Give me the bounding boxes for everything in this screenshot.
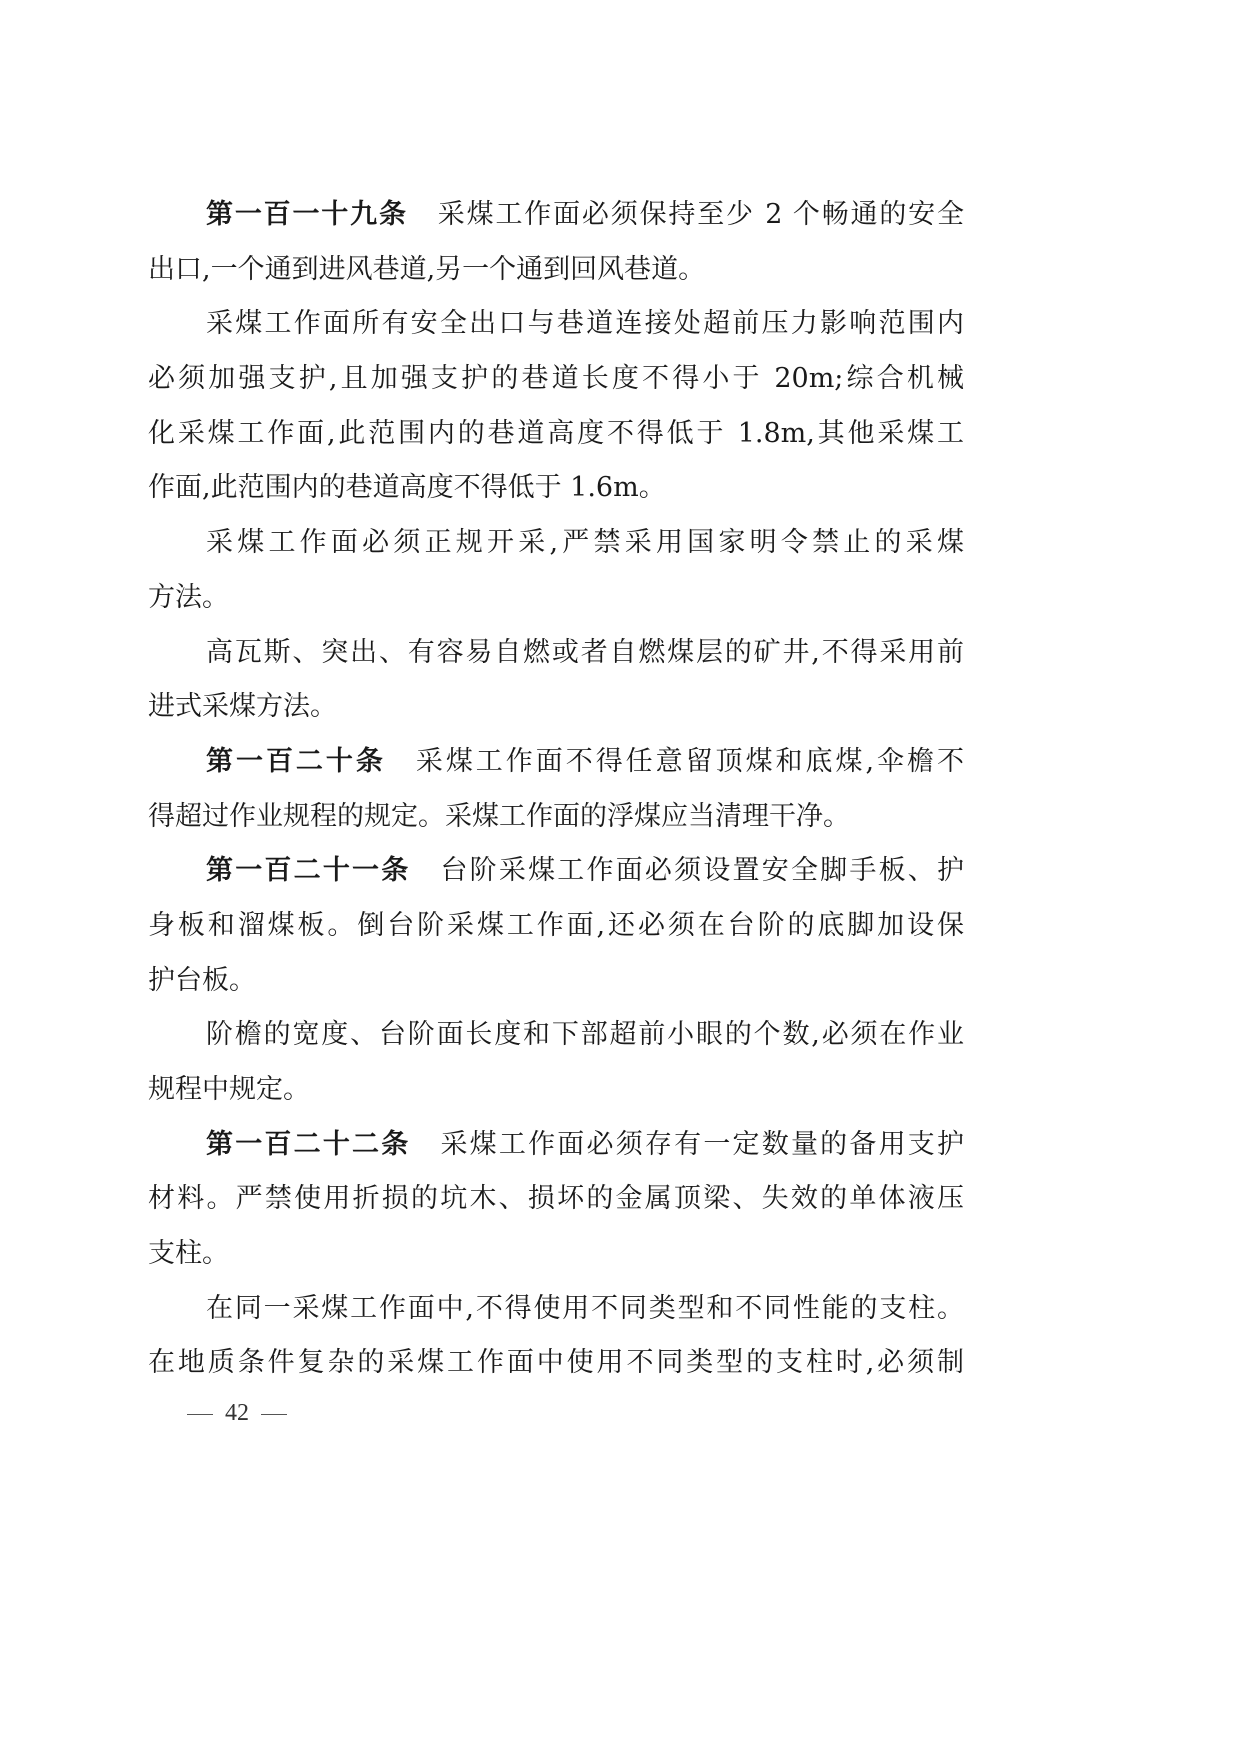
paragraph-line: 方法。 <box>148 571 964 626</box>
text: 采煤工作面不得任意留顶煤和底煤,伞檐不 <box>416 746 964 777</box>
text: 采煤工作面必须保持至少 2 个畅通的安全 <box>438 199 964 230</box>
article-119-line-2: 出口,一个通到进风巷道,另一个通到回风巷道。 <box>148 243 964 298</box>
article-121-line-2: 身板和溜煤板。倒台阶采煤工作面,还必须在台阶的底脚加设保 <box>148 899 964 954</box>
article-122-line-2: 材料。严禁使用折损的坑木、损坏的金属顶梁、失效的单体液压 <box>148 1172 964 1227</box>
dash-left <box>187 1414 213 1415</box>
article-number: 第一百一十九条 <box>206 199 408 230</box>
paragraph-line: 化采煤工作面,此范围内的巷道高度不得低于 1.8m,其他采煤工 <box>148 407 964 462</box>
paragraph-line: 规程中规定。 <box>148 1063 964 1118</box>
page-number: 42 <box>175 1396 299 1430</box>
article-120-line-1: 第一百二十条采煤工作面不得任意留顶煤和底煤,伞檐不 <box>148 735 964 790</box>
text: 台阶采煤工作面必须设置安全脚手板、护 <box>440 855 964 886</box>
article-122-line-3: 支柱。 <box>148 1227 964 1282</box>
paragraph-line: 阶檐的宽度、台阶面长度和下部超前小眼的个数,必须在作业 <box>148 1008 964 1063</box>
text: 采煤工作面必须存有一定数量的备用支护 <box>440 1129 964 1160</box>
article-122-line-1: 第一百二十二条采煤工作面必须存有一定数量的备用支护 <box>148 1118 964 1173</box>
paragraph-line: 进式采煤方法。 <box>148 680 964 735</box>
page-number-value: 42 <box>225 1400 249 1426</box>
article-number: 第一百二十条 <box>206 746 386 777</box>
dash-right <box>261 1414 287 1415</box>
paragraph-line: 必须加强支护,且加强支护的巷道长度不得小于 20m;综合机械 <box>148 352 964 407</box>
paragraph-line: 作面,此范围内的巷道高度不得低于 1.6m。 <box>148 461 964 516</box>
paragraph-line: 采煤工作面所有安全出口与巷道连接处超前压力影响范围内 <box>148 297 964 352</box>
article-120-line-2: 得超过作业规程的规定。采煤工作面的浮煤应当清理干净。 <box>148 790 964 845</box>
document-page: 第一百一十九条采煤工作面必须保持至少 2 个畅通的安全 出口,一个通到进风巷道,… <box>148 188 964 1391</box>
paragraph-line: 在地质条件复杂的采煤工作面中使用不同类型的支柱时,必须制 <box>148 1336 964 1391</box>
paragraph-line: 高瓦斯、突出、有容易自燃或者自燃煤层的矿井,不得采用前 <box>148 626 964 681</box>
article-number: 第一百二十二条 <box>206 1129 410 1160</box>
paragraph-line: 采煤工作面必须正规开采,严禁采用国家明令禁止的采煤 <box>148 516 964 571</box>
article-119-line-1: 第一百一十九条采煤工作面必须保持至少 2 个畅通的安全 <box>148 188 964 243</box>
article-121-line-1: 第一百二十一条台阶采煤工作面必须设置安全脚手板、护 <box>148 844 964 899</box>
paragraph-line: 在同一采煤工作面中,不得使用不同类型和不同性能的支柱。 <box>148 1282 964 1337</box>
article-121-line-3: 护台板。 <box>148 954 964 1009</box>
article-number: 第一百二十一条 <box>206 855 410 886</box>
